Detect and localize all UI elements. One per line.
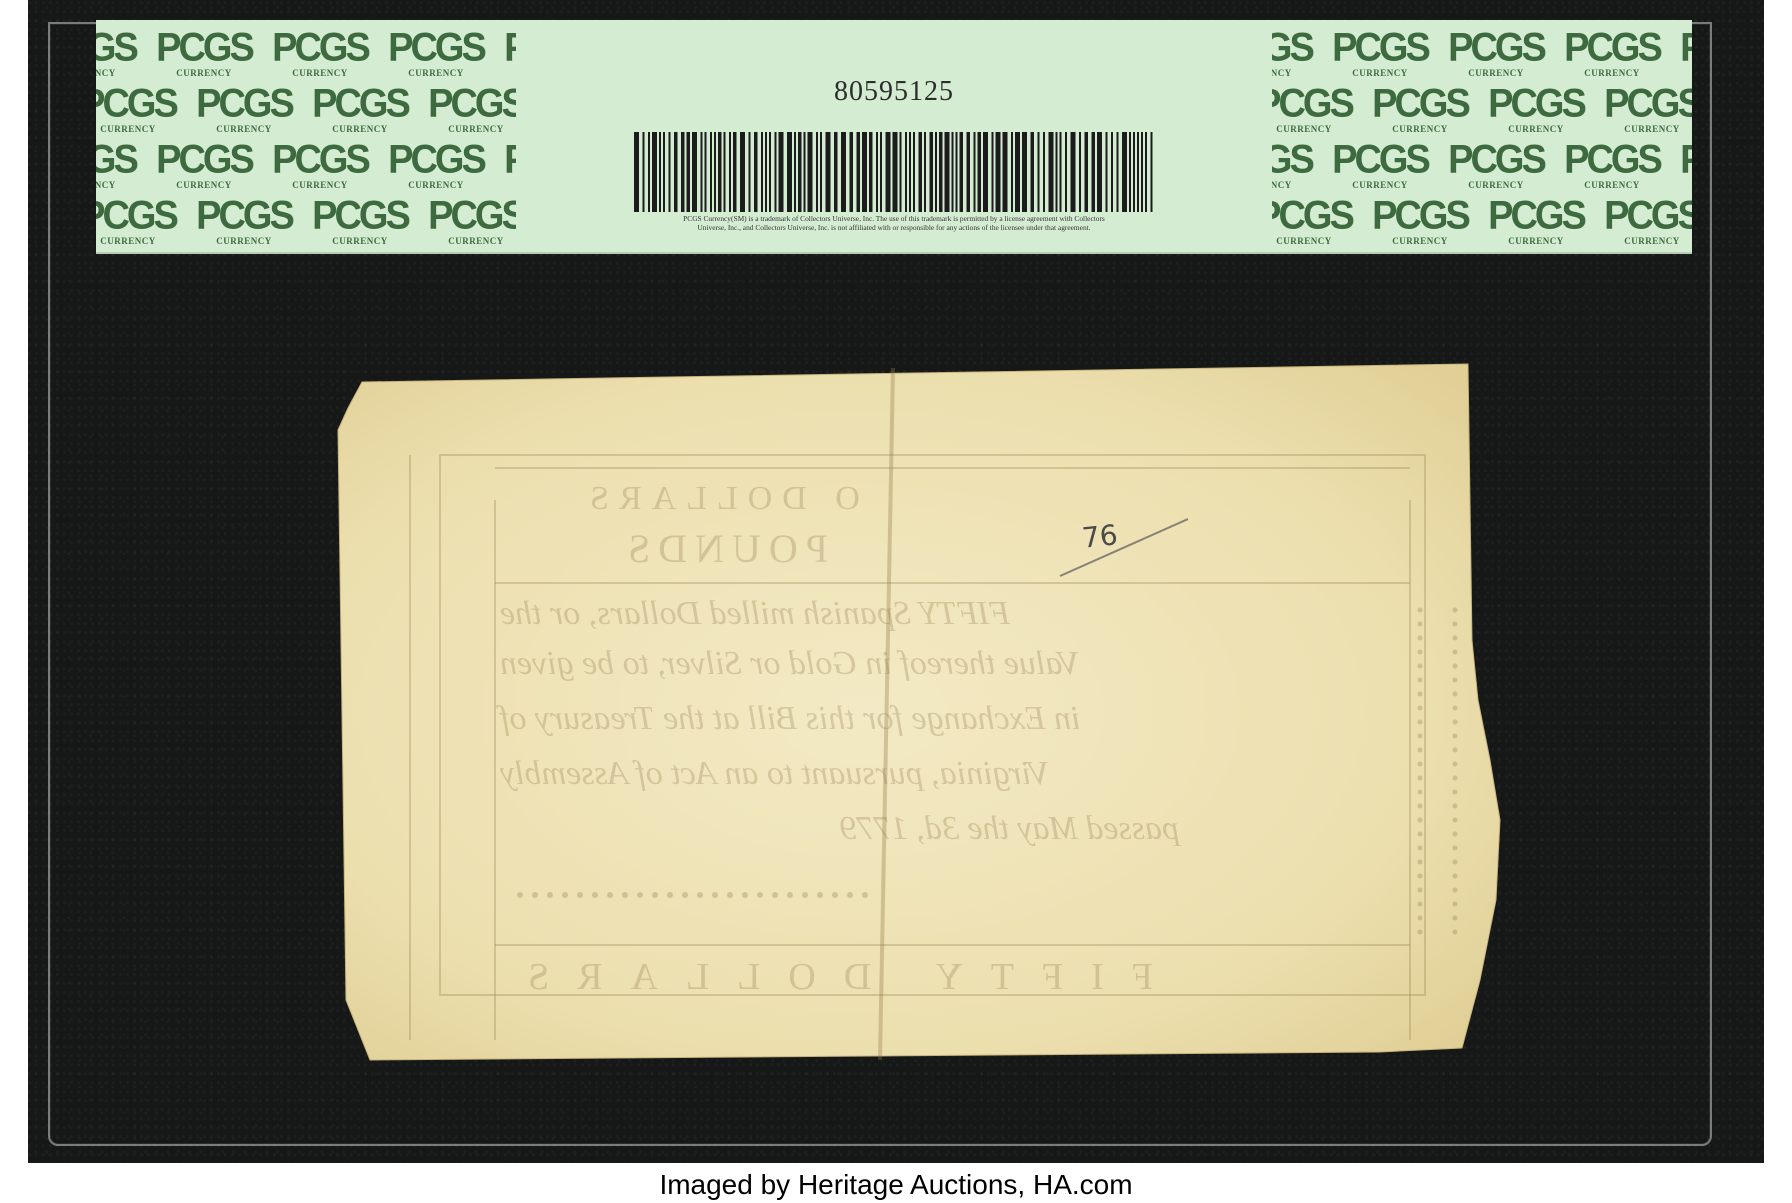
show-through-line-5: passed May the 3d, 1779 <box>840 810 1179 848</box>
show-through-line-2: Value thereof in Gold or Silver, to be g… <box>500 645 1079 683</box>
handwritten-mark: 76 <box>1080 518 1119 555</box>
show-through-bottom: FIFTY DOLLARS <box>500 955 1153 999</box>
banknote: O DOLLARS POUNDS FIFTY Spanish milled Do… <box>0 0 1792 1163</box>
show-through-line-3: in Exchange for this Bill at the Treasur… <box>500 700 1080 738</box>
show-through-line-4: Virginia, pursuant to an Act of Assembly <box>500 755 1049 793</box>
show-through-top: O DOLLARS <box>580 480 860 518</box>
show-through-line-1: FIFTY Spanish milled Dollars, or the <box>500 595 1010 633</box>
image-credit: Imaged by Heritage Auctions, HA.com <box>0 1166 1792 1203</box>
show-through-header: POUNDS <box>620 525 828 572</box>
